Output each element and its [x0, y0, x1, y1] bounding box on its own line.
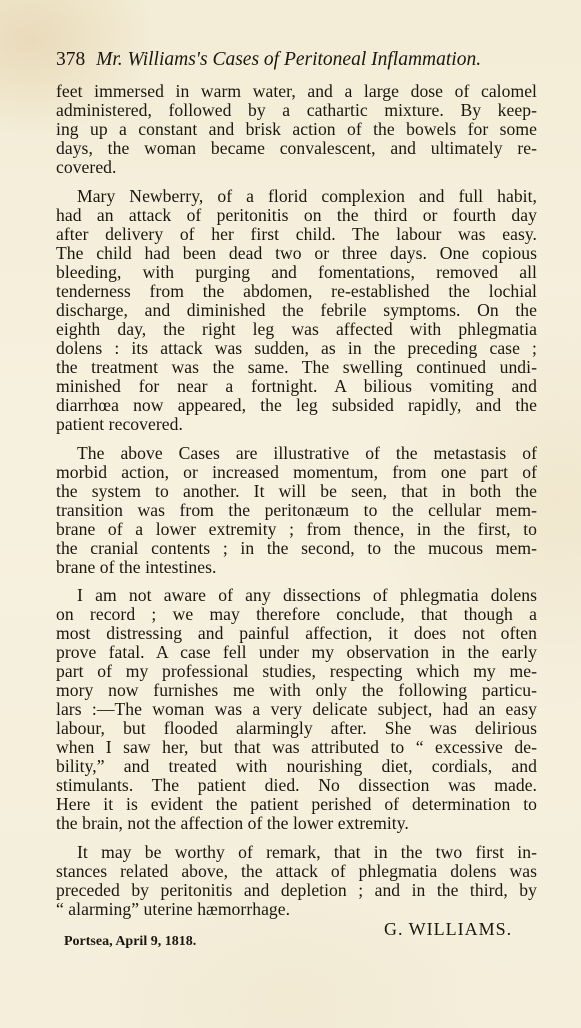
text-line: “ alarming” uterine hæmorrhage. [56, 900, 537, 919]
text-line: most distressing and painful affection, … [56, 624, 537, 643]
author-signature: G. WILLIAMS. [384, 919, 512, 939]
text-line: after delivery of her first child. The l… [56, 225, 537, 244]
text-line: bleeding, with purging and fomentations,… [56, 263, 537, 282]
text-line: the treatment was the same. The swelling… [56, 358, 537, 377]
book-page: 378 Mr. Williams's Cases of Peritoneal I… [0, 0, 581, 1028]
text-line: the cranial contents ; in the second, to… [56, 539, 537, 558]
text-line: mory now furnishes me with only the foll… [56, 681, 537, 700]
text-line: stimulants. The patient died. No dissect… [56, 776, 537, 795]
text-line: preceded by peritonitis and depletion ; … [56, 881, 537, 900]
page-number: 378 [56, 49, 85, 70]
text-line: tenderness from the abdomen, re-establis… [56, 282, 537, 301]
text-line: brane of a lower extremity ; from thence… [56, 520, 537, 539]
text-line: Here it is evident the patient perished … [56, 795, 537, 814]
text-line: lars :—The woman was a very delicate sub… [56, 700, 537, 719]
text-line: The child had been dead two or three day… [56, 244, 537, 263]
text-line: ing up a constant and brisk action of th… [56, 120, 537, 139]
text-line: covered. [56, 158, 537, 177]
running-head: 378 Mr. Williams's Cases of Peritoneal I… [56, 48, 516, 72]
text-line: diarrhœa now appeared, the leg subsided … [56, 396, 537, 415]
text-line: the brain, not the affection of the lowe… [56, 814, 537, 833]
text-line: prove fatal. A case fell under my observ… [56, 643, 537, 662]
text-line: administered, followed by a cathartic mi… [56, 101, 537, 120]
text-line: on record ; we may therefore conclude, t… [56, 605, 537, 624]
text-line: minished for near a fortnight. A bilious… [56, 377, 537, 396]
text-line: brane of the intestines. [56, 558, 537, 577]
text-line: morbid action, or increased momentum, fr… [56, 463, 537, 482]
text-line: I am not aware of any dissections of phl… [77, 586, 537, 605]
text-line: discharge, and diminished the febrile sy… [56, 301, 537, 320]
text-line: days, the woman became convalescent, and… [56, 139, 537, 158]
text-line: feet immersed in warm water, and a large… [56, 82, 537, 101]
running-title: Mr. Williams's Cases of Peritoneal Infla… [96, 49, 481, 70]
text-line: patient recovered. [56, 415, 537, 434]
text-line: It may be worthy of remark, that in the … [77, 843, 537, 862]
text-line: transition was from the peritonæum to th… [56, 501, 537, 520]
dateline: Portsea, April 9, 1818. [64, 934, 196, 950]
text-line: bility,” and treated with nourishing die… [56, 757, 537, 776]
text-line: part of my professional studies, respect… [56, 662, 537, 681]
text-line: The above Cases are illustrative of the … [77, 444, 537, 463]
text-line: Mary Newberry, of a florid complexion an… [77, 187, 537, 206]
text-line: when I saw her, but that was attributed … [56, 738, 537, 757]
text-line: stances related above, the attack of phl… [56, 862, 537, 881]
text-line: eighth day, the right leg was affected w… [56, 320, 537, 339]
text-line: had an attack of peritonitis on the thir… [56, 206, 537, 225]
text-line: dolens : its attack was sudden, as in th… [56, 339, 537, 358]
text-line: labour, but flooded alarmingly after. Sh… [56, 719, 537, 738]
text-line: the system to another. It will be seen, … [56, 482, 537, 501]
